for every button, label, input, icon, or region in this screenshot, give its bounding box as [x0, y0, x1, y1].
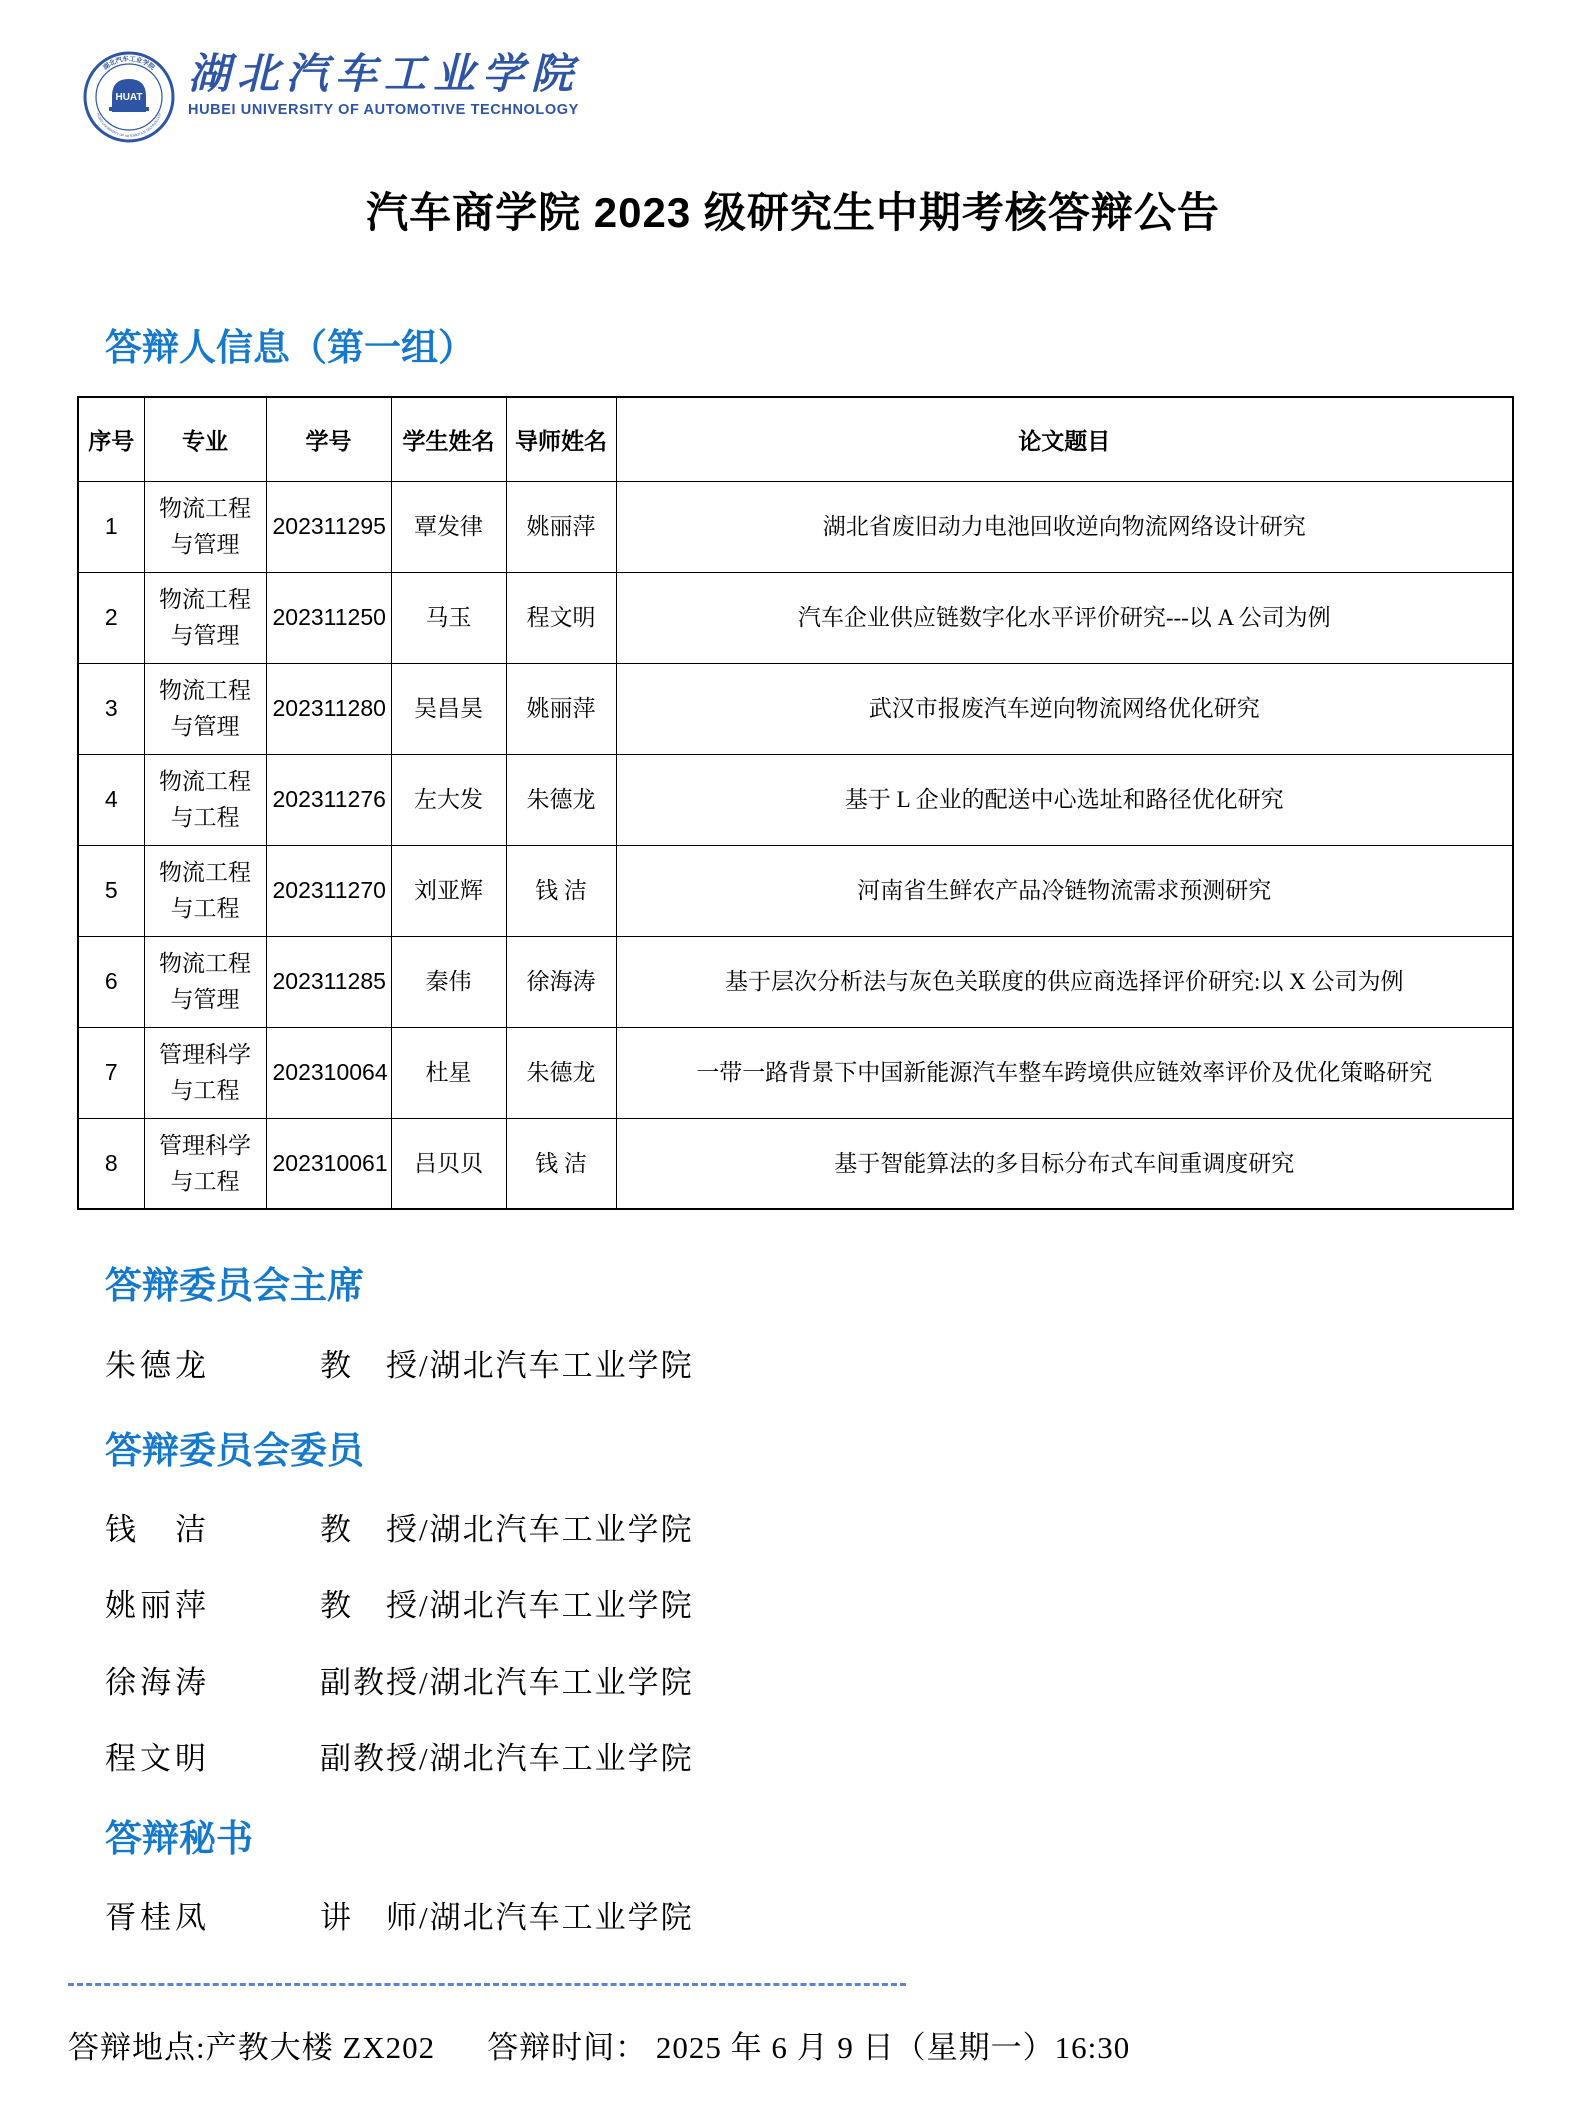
cell-sid: 202311270: [266, 845, 391, 936]
cell-major: 物流工程与工程: [144, 754, 266, 845]
cell-advisor: 姚丽萍: [506, 663, 616, 754]
cell-advisor: 朱德龙: [506, 754, 616, 845]
cell-no: 5: [78, 845, 144, 936]
cell-no: 3: [78, 663, 144, 754]
cell-thesis: 基于智能算法的多目标分布式车间重调度研究: [616, 1118, 1513, 1209]
cell-no: 4: [78, 754, 144, 845]
cell-student: 刘亚辉: [391, 845, 506, 936]
header-cell-thesis: 论文题目: [616, 397, 1513, 481]
table-row: 4物流工程与工程202311276左大发朱德龙基于 L 企业的配送中心选址和路径…: [78, 754, 1513, 845]
members-list: 钱 洁教 授/湖北汽车工业学院姚丽萍教 授/湖北汽车工业学院徐海涛副教授/湖北汽…: [0, 1508, 1586, 1781]
cell-sid: 202310061: [266, 1118, 391, 1209]
chair-list: 朱德龙教 授/湖北汽车工业学院: [0, 1344, 1586, 1387]
cell-no: 6: [78, 936, 144, 1027]
cell-major: 管理科学与工程: [144, 1027, 266, 1118]
committee-member-line: 钱 洁教 授/湖北汽车工业学院: [105, 1508, 1586, 1551]
header-cell-no: 序号: [78, 397, 144, 481]
emblem-car-base: [109, 107, 149, 111]
document-title: 汽车商学院 2023 级研究生中期考核答辩公告: [40, 188, 1546, 238]
cell-no: 1: [78, 481, 144, 572]
defense-location: 答辩地点:产教大楼 ZX202: [68, 2022, 435, 2067]
secretary-list: 胥桂凤讲 师/湖北汽车工业学院: [0, 1896, 1586, 1939]
member-name: 朱德龙: [105, 1344, 320, 1387]
member-name: 程文明: [105, 1737, 320, 1780]
secretary-heading: 答辩秘书: [105, 1815, 1586, 1863]
chair-heading: 答辩委员会主席: [105, 1262, 1586, 1310]
cell-student: 杜星: [391, 1027, 506, 1118]
cell-major: 物流工程与管理: [144, 481, 266, 572]
committee-member-line: 徐海涛副教授/湖北汽车工业学院: [105, 1661, 1586, 1704]
member-title-org: 副教授/湖北汽车工业学院: [320, 1737, 694, 1780]
cell-sid: 202311276: [266, 754, 391, 845]
university-name-en: HUBEI UNIVERSITY OF AUTOMOTIVE TECHNOLOG…: [188, 102, 580, 118]
cell-student: 覃发律: [391, 481, 506, 572]
defenders-table-body: 1物流工程与管理202311295覃发律姚丽萍湖北省废旧动力电池回收逆向物流网络…: [78, 481, 1513, 1209]
cell-no: 7: [78, 1027, 144, 1118]
table-row: 1物流工程与管理202311295覃发律姚丽萍湖北省废旧动力电池回收逆向物流网络…: [78, 481, 1513, 572]
cell-thesis: 一带一路背景下中国新能源汽车整车跨境供应链效率评价及优化策略研究: [616, 1027, 1513, 1118]
cell-no: 2: [78, 572, 144, 663]
member-name: 钱 洁: [105, 1508, 320, 1551]
member-title-org: 教 授/湖北汽车工业学院: [320, 1344, 694, 1387]
member-name: 姚丽萍: [105, 1584, 320, 1627]
cell-sid: 202311285: [266, 936, 391, 1027]
member-name: 徐海涛: [105, 1661, 320, 1704]
cell-no: 8: [78, 1118, 144, 1209]
table-row: 7管理科学与工程202310064杜星朱德龙一带一路背景下中国新能源汽车整车跨境…: [78, 1027, 1513, 1118]
cell-student: 吴昌昊: [391, 663, 506, 754]
defense-time: 答辩时间： 2025 年 6 月 9 日（星期一）16:30: [487, 2022, 1130, 2067]
cell-major: 物流工程与管理: [144, 663, 266, 754]
university-header: 湖北汽车工业学院 HUBEI UNIVERSITY OF AUTOMOTIVE …: [0, 0, 1586, 144]
cell-advisor: 钱 洁: [506, 1118, 616, 1209]
footer-line: 答辩地点:产教大楼 ZX202 答辩时间： 2025 年 6 月 9 日（星期一…: [68, 2022, 1586, 2067]
cell-major: 物流工程与管理: [144, 936, 266, 1027]
announcement-page: 湖北汽车工业学院 HUBEI UNIVERSITY OF AUTOMOTIVE …: [0, 0, 1586, 2123]
committee-member-line: 朱德龙教 授/湖北汽车工业学院: [105, 1344, 1586, 1387]
cell-sid: 202310064: [266, 1027, 391, 1118]
defenders-table: 序号 专业 学号 学生姓名 导师姓名 论文题目 1物流工程与管理20231129…: [77, 396, 1514, 1210]
dashed-separator: [68, 1983, 906, 1986]
members-heading: 答辩委员会委员: [105, 1427, 1586, 1475]
header-cell-major: 专业: [144, 397, 266, 481]
committee-member-line: 胥桂凤讲 师/湖北汽车工业学院: [105, 1896, 1586, 1939]
cell-advisor: 朱德龙: [506, 1027, 616, 1118]
cell-student: 左大发: [391, 754, 506, 845]
member-title-org: 教 授/湖北汽车工业学院: [320, 1584, 694, 1627]
table-row: 6物流工程与管理202311285秦伟徐海涛基于层次分析法与灰色关联度的供应商选…: [78, 936, 1513, 1027]
table-header-row: 序号 专业 学号 学生姓名 导师姓名 论文题目: [78, 397, 1513, 481]
cell-sid: 202311250: [266, 572, 391, 663]
university-names: 湖北汽车工业学院 HUBEI UNIVERSITY OF AUTOMOTIVE …: [188, 52, 580, 118]
defenders-heading: 答辩人信息（第一组）: [105, 324, 1586, 372]
header-cell-student-id: 学号: [266, 397, 391, 481]
cell-thesis: 基于 L 企业的配送中心选址和路径优化研究: [616, 754, 1513, 845]
cell-student: 秦伟: [391, 936, 506, 1027]
cell-advisor: 钱 洁: [506, 845, 616, 936]
table-row: 8管理科学与工程202310061吕贝贝钱 洁基于智能算法的多目标分布式车间重调…: [78, 1118, 1513, 1209]
table-row: 5物流工程与工程202311270刘亚辉钱 洁河南省生鲜农产品冷链物流需求预测研…: [78, 845, 1513, 936]
member-title-org: 讲 师/湖北汽车工业学院: [320, 1896, 694, 1939]
cell-thesis: 汽车企业供应链数字化水平评价研究---以 A 公司为例: [616, 572, 1513, 663]
committee-member-line: 姚丽萍教 授/湖北汽车工业学院: [105, 1584, 1586, 1627]
university-emblem-icon: 湖北汽车工业学院 HUBEI UNIVERSITY OF AUTOMOTIVE …: [82, 50, 176, 144]
cell-student: 马玉: [391, 572, 506, 663]
header-cell-advisor: 导师姓名: [506, 397, 616, 481]
header-cell-student: 学生姓名: [391, 397, 506, 481]
cell-major: 物流工程与工程: [144, 845, 266, 936]
member-title-org: 教 授/湖北汽车工业学院: [320, 1508, 694, 1551]
cell-major: 管理科学与工程: [144, 1118, 266, 1209]
cell-major: 物流工程与管理: [144, 572, 266, 663]
university-name-cn: 湖北汽车工业学院: [188, 52, 580, 98]
member-title-org: 副教授/湖北汽车工业学院: [320, 1661, 694, 1704]
cell-advisor: 姚丽萍: [506, 481, 616, 572]
cell-thesis: 河南省生鲜农产品冷链物流需求预测研究: [616, 845, 1513, 936]
committee-member-line: 程文明副教授/湖北汽车工业学院: [105, 1737, 1586, 1780]
cell-advisor: 徐海涛: [506, 936, 616, 1027]
cell-thesis: 湖北省废旧动力电池回收逆向物流网络设计研究: [616, 481, 1513, 572]
emblem-abbr-text: HUAT: [115, 92, 142, 103]
member-name: 胥桂凤: [105, 1896, 320, 1939]
table-row: 3物流工程与管理202311280吴昌昊姚丽萍武汉市报废汽车逆向物流网络优化研究: [78, 663, 1513, 754]
cell-thesis: 武汉市报废汽车逆向物流网络优化研究: [616, 663, 1513, 754]
cell-advisor: 程文明: [506, 572, 616, 663]
table-row: 2物流工程与管理202311250马玉程文明汽车企业供应链数字化水平评价研究--…: [78, 572, 1513, 663]
cell-student: 吕贝贝: [391, 1118, 506, 1209]
cell-sid: 202311280: [266, 663, 391, 754]
cell-sid: 202311295: [266, 481, 391, 572]
cell-thesis: 基于层次分析法与灰色关联度的供应商选择评价研究:以 X 公司为例: [616, 936, 1513, 1027]
